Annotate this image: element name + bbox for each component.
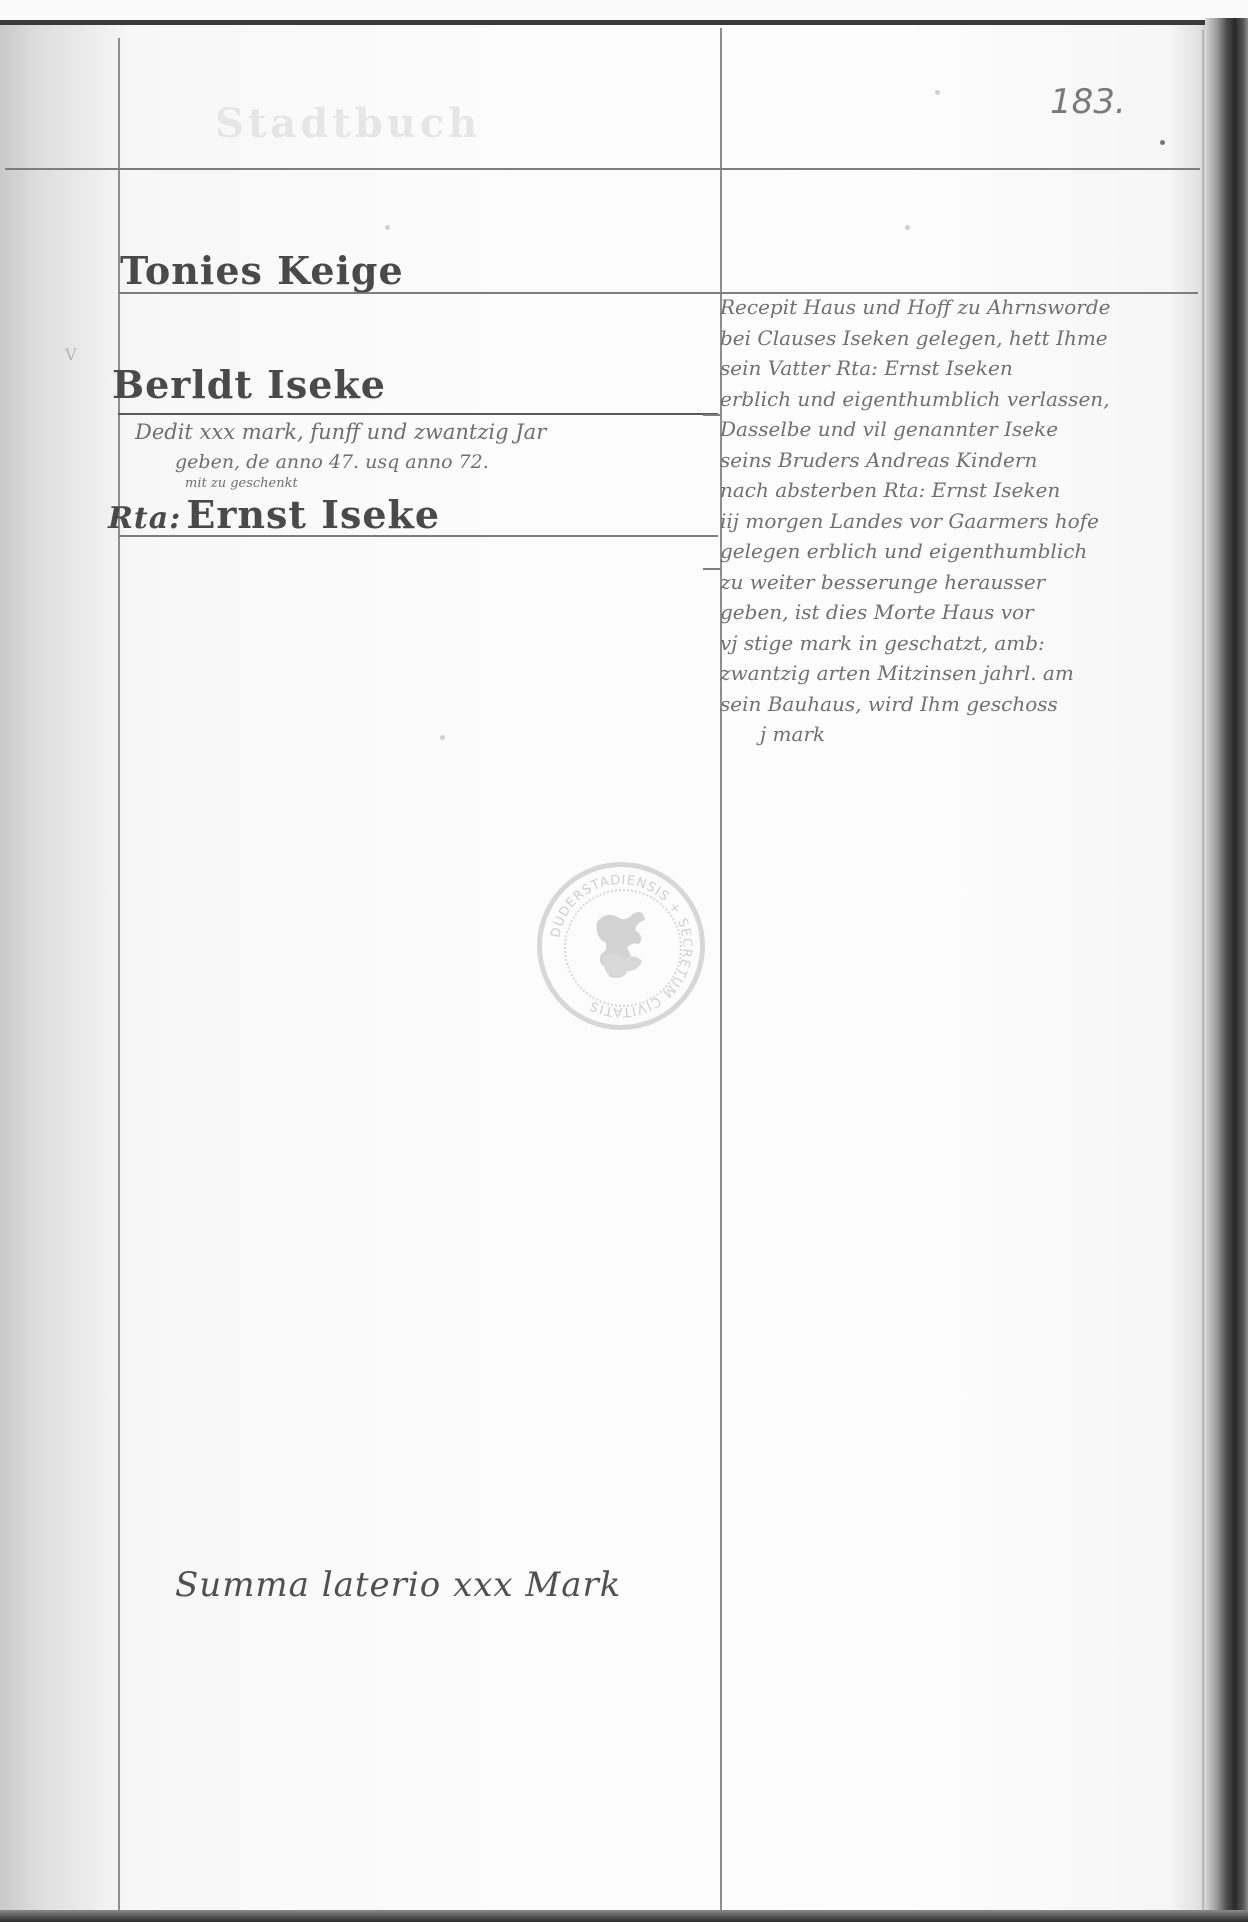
running-head-bleedthrough: Stadtbuch: [215, 100, 481, 147]
entry-name-1: Tonies Keige: [120, 248, 404, 293]
payment-note-line-3: mit zu geschenkt: [185, 474, 298, 494]
right-line: nach absterben Rta: Ernst Iseken: [720, 475, 1200, 506]
right-line: vj stige mark in geschatzt, amb:: [720, 628, 1200, 659]
entry-name-2: Berldt Iseke: [112, 362, 386, 407]
right-line: geben, ist dies Morte Haus vor: [720, 597, 1200, 628]
foxing-speck: [1160, 140, 1165, 145]
page-bottom-edge: [0, 1910, 1248, 1922]
folio-number: 183.: [1050, 82, 1126, 122]
right-line: sein Vatter Rta: Ernst Iseken: [720, 353, 1200, 384]
right-line: erblich und eigenthumblich verlassen,: [720, 384, 1200, 415]
left-margin-rule: [118, 38, 120, 1910]
right-column-entry: Recepit Haus und Hoff zu Ahrnsworde bei …: [720, 292, 1200, 750]
right-line: zwantzig arten Mitzinsen jahrl. am: [720, 658, 1200, 689]
right-entry-tick: [703, 414, 720, 416]
heir-line: Rta: Ernst Iseke: [108, 492, 440, 537]
margin-mark: V: [65, 345, 77, 364]
payment-note-line-1: Dedit xxx mark, funff und zwantzig Jar: [135, 422, 546, 442]
entry-rule-2: [118, 413, 718, 415]
right-entry-tick-2: [703, 568, 720, 570]
foxing-speck: [385, 225, 390, 230]
payment-note-line-2: geben, de anno 47. usq anno 72.: [175, 452, 489, 472]
right-line: sein Bauhaus, wird Ihm geschoss: [720, 689, 1200, 720]
heir-name: Ernst Iseke: [186, 492, 440, 537]
right-line: zu weiter besserunge herausser: [720, 567, 1200, 598]
right-line: seins Bruders Andreas Kindern: [720, 445, 1200, 476]
right-line: Recepit Haus und Hoff zu Ahrnsworde: [720, 292, 1200, 323]
header-rule: [5, 168, 1200, 170]
archive-seal-stamp: DUDERSTADIENSIS + SECRETUM CIVITATIS: [537, 862, 705, 1030]
right-margin-rule: [1202, 30, 1204, 1910]
right-line: Dasselbe und vil genannter Iseke: [720, 414, 1200, 445]
scan-top-margin: [0, 0, 1248, 22]
foxing-speck: [440, 735, 445, 740]
right-line: j mark: [720, 719, 1200, 750]
right-line: gelegen erblich und eigenthumblich: [720, 536, 1200, 567]
foxing-speck: [935, 90, 940, 95]
seal-lion-icon: DUDERSTADIENSIS + SECRETUM CIVITATIS: [542, 867, 700, 1025]
sum-line: Summa laterio xxx Mark: [175, 1565, 621, 1605]
right-line: iij morgen Landes vor Gaarmers hofe: [720, 506, 1200, 537]
page-fore-edge: [1205, 18, 1248, 1922]
right-line: bei Clauses Iseken gelegen, hett Ihme: [720, 323, 1200, 354]
foxing-speck: [905, 225, 910, 230]
heir-prefix: Rta:: [108, 501, 181, 536]
